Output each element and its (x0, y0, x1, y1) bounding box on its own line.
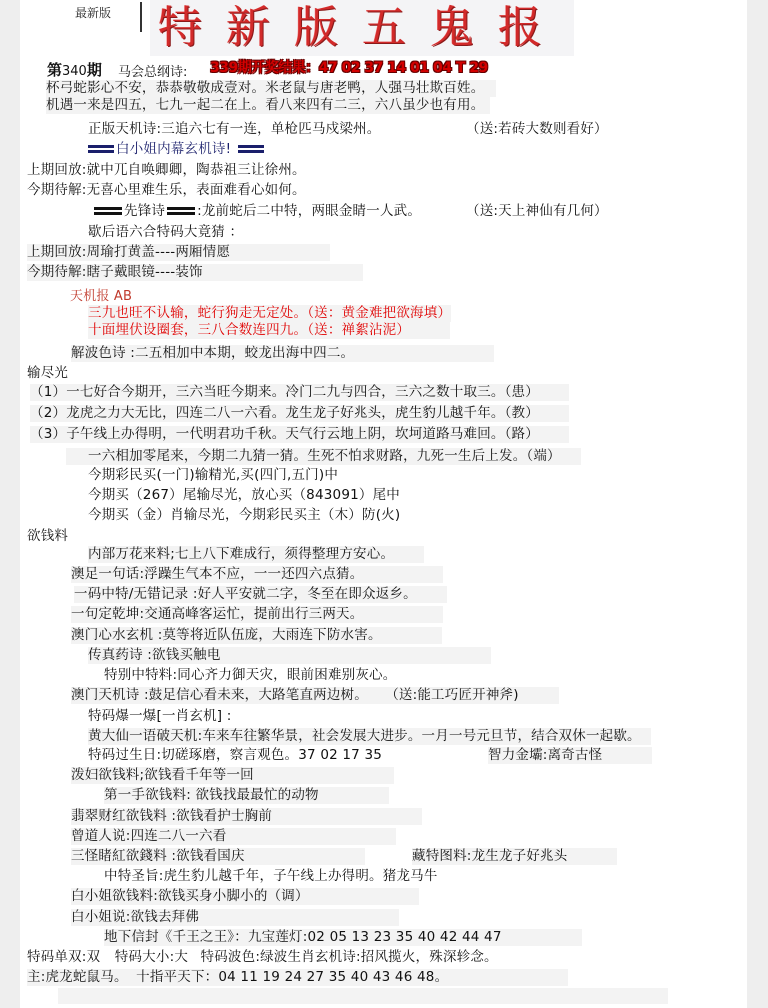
item-text: 虎生豹儿越千年，子午线上办得明。猪龙马牛 (164, 868, 438, 884)
item-text: 鼓足信心看未来，大路笔直两边树。 (149, 687, 368, 703)
item-label: 一句定乾坤: (71, 606, 144, 622)
item-label: 曾道人说: (71, 828, 131, 844)
vanguard-poem: 先锋诗:龙前蛇后二中特，两眼金睛一人武。 (92, 203, 421, 220)
tianji-poem: 正版天机诗:三追六七有一连，单枪匹马戍梁州。 (88, 121, 380, 138)
want-money-item: 第一手欲钱料: 欲钱找最最忙的动物 (104, 787, 389, 804)
want-money-item: 特码过生日:切磋琢磨，察言观色。37 02 17 35 (88, 747, 382, 764)
item-text: 欲钱看护士胸前 (176, 808, 272, 824)
wave-poem-text: 二五相加中本期，蛟龙出海中四二。 (135, 345, 354, 361)
size-value: 大 (174, 949, 188, 965)
special-number-summary: 特码单双:双 特码大小:大 特码波色:绿波生肖玄机诗:招风揽火，殊深轸念。 (27, 949, 498, 966)
want-money-item: 一句定乾坤:交通高峰客运忙，提前出行三两天。 (71, 606, 443, 623)
want-money-item: 特码爆一爆[一肖玄机] : (88, 708, 231, 725)
tianji-poem-label: 正版天机诗: (88, 121, 161, 137)
item-text: 九宝莲灯:02 05 13 23 35 40 42 44 47 (248, 929, 502, 945)
zodiac-poem-text: 招风揽火，殊深轸念。 (361, 949, 498, 965)
this-issue-label: 今期待解: (27, 182, 87, 198)
page-title: 特新版五鬼报 (158, 2, 566, 53)
tianji-bao-line-2: 十面埋伏设圈套，三八合数连四九。（送：禅絮沾泥） (88, 322, 450, 339)
want-money-item: 白小姐欲钱料:欲钱买身小脚小的（调） (71, 888, 419, 905)
riddle-title: 歇后语六合特码大竟猜 ： (88, 224, 243, 241)
issue-suffix: 期 (87, 61, 102, 79)
item-label: 智力金壩: (488, 747, 548, 763)
bai-xiaojie-title-row: 白小姐内幕玄机诗! (86, 141, 266, 158)
item-text: 浮躁生气本不应，一一还四六点猜。 (144, 566, 363, 582)
header-divider (140, 2, 142, 32)
lose-all-extra-3: 今期买（267）尾输尽光，放心买（843091）尾中 (88, 487, 400, 504)
main-value: 虎龙蛇鼠马。 (45, 969, 127, 985)
want-money-item: 白小姐说:欲钱去拜佛 (71, 909, 399, 926)
last-result-banner: 339期开奖结果：47 02 37 14 01 04 T 29 (210, 57, 488, 77)
item-text: 欲钱找最最忙的动物 (191, 787, 319, 803)
general-poem-line-1: 杯弓蛇影心不安，恭恭敬敬成壹对。米老鼠与唐老鸭，人强马壮欺百姓。 (46, 80, 496, 97)
want-money-item: 特别中特料:同心齐力御天灾，眼前困难别灰心。 (104, 667, 396, 684)
item-label: 泼妇欲钱料; (71, 767, 144, 783)
item-text: 欲钱买触电 (152, 647, 221, 663)
item-text: 欲钱去拜佛 (131, 909, 200, 925)
last-review-text: 就中兀自唤卿卿，陶恭祖三让徐州。 (87, 162, 306, 178)
tianji-poem-gift: （送:若砖大数则看好） (466, 121, 608, 138)
vanguard-title: 先锋诗 (124, 203, 165, 219)
item-label: 一码中特/无错记录 : (74, 586, 198, 602)
want-money-item: 澳门天机诗 :鼓足信心看未来，大路笔直两边树。（送:能工巧匠开神斧) (71, 687, 559, 704)
want-money-item: 三怪睹紅欲錢料 :欲钱看国庆 (71, 848, 365, 865)
want-money-item: 曾道人说:四连二八一六看 (71, 828, 396, 845)
title-banner: 特新版五鬼报 (150, 0, 574, 56)
this-issue-text: 无喜心里难生乐，表面难看心如何。 (87, 182, 306, 198)
want-money-item: 中特圣旨:虎生豹儿越千年，子午线上办得明。猪龙马牛 (104, 868, 438, 885)
wave-value: 绿波 (260, 949, 287, 965)
item-text: 切磋琢磨，察言观色。37 02 17 35 (161, 747, 382, 763)
issue-number: 第340期 (47, 59, 102, 80)
this-issue-label: 今期待解: (27, 264, 87, 280)
bai-xiaojie-this: 今期待解:无喜心里难生乐，表面难看心如何。 (27, 182, 306, 199)
vanguard-gift: （送:天上神仙有几何） (466, 203, 608, 220)
issue-prefix: 第 (47, 61, 62, 79)
item-label: 第一手欲钱料: (104, 787, 191, 803)
item-label: 澳门心水玄机 : (71, 627, 162, 643)
issue-number-value: 340 (62, 64, 87, 79)
item-label: 翡翠财红欲钱料 : (71, 808, 176, 824)
riddle-this: 今期待解:瞎子戴眼镜----装饰 (27, 264, 363, 281)
bai-xiaojie-title: 白小姐内幕玄机诗! (116, 141, 231, 157)
want-money-item: 澳足一句话:浮躁生气本不应，一一还四六点猜。 (71, 566, 443, 583)
item-text: 七上八下难成行，须得整理方安心。 (175, 546, 394, 562)
item-label: 黄大仙一语破天机: (88, 728, 202, 744)
tianji-poem-text: 三追六七有一连，单枪匹马戍梁州。 (161, 121, 380, 137)
want-money-title: 欲钱料 (27, 528, 68, 545)
wave-poem: 解波色诗 :二五相加中本期，蛟龙出海中四二。 (71, 345, 494, 362)
lose-all-line-2: （2）龙虎之力大无比，四连二八一六看。龙生龙子好兆头，虎生豹儿越千年。（教） (30, 405, 569, 422)
last-review-text: 周瑜打黄盖----两厢情愿 (87, 244, 231, 260)
main-picks: 主:虎龙蛇鼠马。 十指平天下：04 11 19 24 27 35 40 43 4… (27, 969, 568, 986)
bai-xiaojie-last-review: 上期回放:就中兀自唤卿卿，陶恭祖三让徐州。 (27, 162, 306, 179)
lose-all-title: 输尽光 (27, 365, 68, 382)
double-bar-icon (167, 205, 195, 217)
want-money-item: 翡翠财红欲钱料 :欲钱看护士胸前 (71, 808, 422, 825)
general-poem-line-2: 机遇一来是四五，七九一起二在上。看八来四有二三，六八虽少也有用。 (46, 97, 490, 114)
item-label: 特别中特料: (104, 667, 177, 683)
item-label: 白小姐说: (71, 909, 131, 925)
this-issue-text: 瞎子戴眼镜----装饰 (87, 264, 203, 280)
want-money-item: 地下信封《千王之王》：九宝莲灯:02 05 13 23 35 40 42 44 … (104, 929, 582, 946)
want-money-item: 智力金壩:离奇古怪 (488, 747, 652, 764)
want-money-item: 传真药诗 :欲钱买触电 (88, 647, 491, 664)
lose-all-extra-4: 今期买（金）肖输尽光，今期彩民买主（木）防(火) (88, 507, 400, 524)
item-gift: （送:能工巧匠开神斧) (392, 687, 519, 703)
vanguard-text: :龙前蛇后二中特，两眼金睛一人武。 (197, 203, 421, 219)
wave-label: 特码波色: (201, 949, 261, 965)
double-bar-icon (94, 205, 122, 217)
item-label: 中特圣旨: (104, 868, 164, 884)
item-label: 特码过生日: (88, 747, 161, 763)
item-text: 车来车往繁华景，社会发展大进步。一月一号元旦节，结合双休一起歇。 (202, 728, 640, 744)
want-money-item: 内部万花来料;七上八下难成行，须得整理方安心。 (88, 546, 424, 563)
item-label: 白小姐欲钱料: (71, 888, 158, 904)
lose-all-extra-2: 今期彩民买(一门)输精光,买(四门,五门)中 (88, 467, 338, 484)
riddle-last-review: 上期回放:周瑜打黄盖----两厢情愿 (27, 244, 330, 261)
lose-all-extra-1: 一六相加零尾来，今期二九猜一猜。生死不怕求财路，九死一生后上发。（端） (66, 448, 581, 465)
item-text: 同心齐力御天灾，眼前困难别灰心。 (177, 667, 396, 683)
tianji-bao-line-1: 三九也旺不认输，蛇行狗走无定处。（送：黄金难把欲海填） (88, 305, 451, 322)
item-label: 藏特图料: (412, 848, 472, 864)
item-text: 欲钱看千年等一回 (144, 767, 254, 783)
item-label: 传真药诗 : (88, 647, 152, 663)
last-review-label: 上期回放: (27, 162, 87, 178)
item-text: 交通高峰客运忙，提前出行三两天。 (144, 606, 363, 622)
item-text: 欲钱买身小脚小的（调） (158, 888, 309, 904)
last-review-label: 上期回放: (27, 244, 87, 260)
edition-label: 最新版 (75, 4, 111, 21)
blank-shade-block (58, 988, 668, 1004)
item-text: 龙生龙子好兆头 (472, 848, 568, 864)
want-money-item: 一码中特/无错记录 :好人平安就二字，冬至在即众返乡。 (74, 586, 447, 603)
wave-poem-label: 解波色诗 : (71, 345, 135, 361)
odd-even-label: 特码单双: (27, 949, 87, 965)
double-bar-icon (88, 143, 114, 155)
item-label: 特码爆一爆[一肖玄机] : (88, 708, 231, 724)
lose-all-line-3: （3）子午线上办得明，一代明君功千秋。天气行云地上阴，坎坷道路马难回。（路） (30, 426, 569, 443)
item-label: 内部万花来料; (88, 546, 175, 562)
size-label: 特码大小: (115, 949, 175, 965)
item-text: 离奇古怪 (548, 747, 603, 763)
want-money-item: 泼妇欲钱料;欲钱看千年等一回 (71, 767, 394, 784)
item-label: 澳足一句话: (71, 566, 144, 582)
zodiac-poem-label: 生肖玄机诗: (288, 949, 361, 965)
item-label: 三怪睹紅欲錢料 : (71, 848, 176, 864)
general-poem-label: 马会总纲诗: (118, 61, 187, 80)
odd-even-value: 双 (87, 949, 101, 965)
lose-all-line-1: （1）一七好合今期开，三六当旺今期来。冷门二九与四合，三六之数十取三。（患） (30, 384, 569, 401)
ten-fingers-numbers: 04 11 19 24 27 35 40 43 46 48。 (218, 969, 448, 985)
main-label: 主: (27, 969, 45, 985)
item-text: 四连二八一六看 (131, 828, 227, 844)
tianji-bao-title: 天机报 AB (70, 288, 132, 305)
item-text: 莫等将近队伍庞，大雨连下防水害。 (162, 627, 381, 643)
want-money-item: 澳门心水玄机 :莫等将近队伍庞，大雨连下防水害。 (71, 627, 442, 644)
double-bar-icon (238, 143, 264, 155)
item-text: 欲钱看国庆 (176, 848, 245, 864)
want-money-item: 藏特图料:龙生龙子好兆头 (412, 848, 617, 865)
item-text: 好人平安就二字，冬至在即众返乡。 (198, 586, 417, 602)
want-money-item: 黄大仙一语破天机:车来车往繁华景，社会发展大进步。一月一号元旦节，结合双休一起歇… (88, 728, 651, 745)
ten-fingers-label: 十指平天下： (136, 969, 218, 985)
item-label: 地下信封《千王之王》： (104, 929, 248, 945)
item-label: 澳门天机诗 : (71, 687, 149, 703)
